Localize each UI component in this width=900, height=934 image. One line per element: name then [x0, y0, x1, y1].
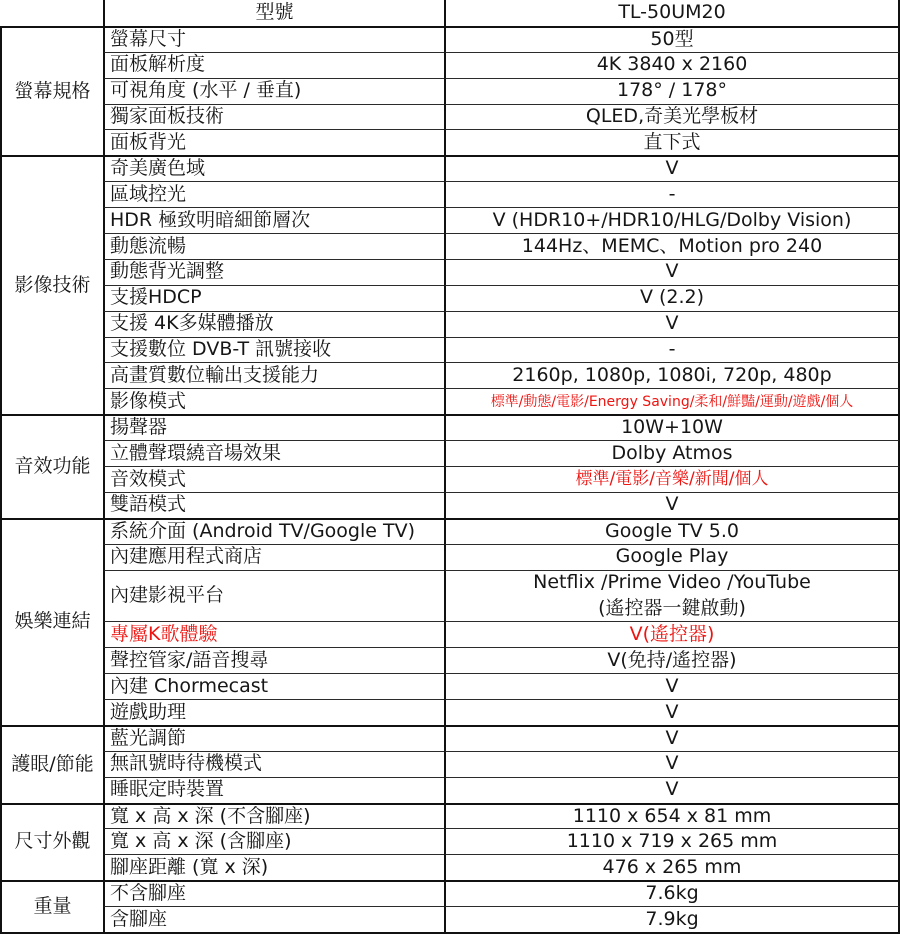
spec-label: 區域控光: [103, 181, 444, 207]
spec-label: 睡眠定時裝置: [103, 777, 444, 803]
spec-value: Dolby Atmos: [444, 440, 900, 466]
spec-label: 音效模式: [103, 466, 444, 492]
spec-label: 不含腳座: [103, 880, 444, 906]
spec-label: 雙語模式: [103, 492, 444, 518]
spec-label: 遊戲助理: [103, 699, 444, 725]
spec-value: 144Hz、MEMC、Motion pro 240: [444, 233, 900, 259]
spec-value: V(免持/遙控器): [444, 647, 900, 673]
spec-label: 系統介面 (Android TV/Google TV): [103, 518, 444, 544]
category-cell: 重量: [0, 880, 103, 932]
spec-value: 7.9kg: [444, 906, 900, 932]
spec-value: 4K 3840 x 2160: [444, 52, 900, 78]
spec-value: Netflix /Prime Video /YouTube(遙控器一鍵啟動): [444, 570, 900, 622]
spec-value: V: [444, 492, 900, 518]
spec-label: 支援數位 DVB-T 訊號接收: [103, 337, 444, 363]
spec-value: 1110 x 654 x 81 mm: [444, 803, 900, 829]
spec-value-line1: Netflix /Prime Video /YouTube: [533, 570, 811, 596]
spec-value: V: [444, 725, 900, 751]
category-cell: 影像技術: [0, 155, 103, 414]
spec-value: 標準/動態/電影/Energy Saving/柔和/鮮豔/運動/遊戲/個人: [444, 388, 900, 414]
spec-label: 無訊號時待機模式: [103, 751, 444, 777]
spec-value-line2: (遙控器一鍵啟動): [598, 596, 746, 621]
spec-label: 立體聲環繞音場效果: [103, 440, 444, 466]
spec-label: 內建 Chormecast: [103, 673, 444, 699]
spec-value: 2160p, 1080p, 1080i, 720p, 480p: [444, 362, 900, 388]
spec-value: V: [444, 699, 900, 725]
spec-label: 寬 x 高 x 深 (不含腳座): [103, 803, 444, 829]
spec-label: 支援 4K多媒體播放: [103, 311, 444, 337]
spec-label: 含腳座: [103, 906, 444, 932]
spec-label: 螢幕尺寸: [103, 26, 444, 52]
spec-label: 高畫質數位輸出支援能力: [103, 362, 444, 388]
spec-label: 可視角度 (水平 / 垂直): [103, 78, 444, 104]
spec-value: 直下式: [444, 129, 900, 155]
spec-label: 腳座距離 (寬 x 深): [103, 854, 444, 880]
header-model-label: 型號: [103, 0, 444, 26]
spec-value: 7.6kg: [444, 880, 900, 906]
spec-label: 藍光調節: [103, 725, 444, 751]
spec-label: 寬 x 高 x 深 (含腳座): [103, 828, 444, 854]
spec-value: 1110 x 719 x 265 mm: [444, 828, 900, 854]
spec-label: 面板解析度: [103, 52, 444, 78]
spec-value: V: [444, 751, 900, 777]
spec-label: HDR 極致明暗細節層次: [103, 207, 444, 233]
spec-label: 動態背光調整: [103, 259, 444, 285]
spec-value: 50型: [444, 26, 900, 52]
spec-label: 獨家面板技術: [103, 104, 444, 130]
spec-label: 支援HDCP: [103, 285, 444, 311]
spec-label: 影像模式: [103, 388, 444, 414]
spec-value: 178° / 178°: [444, 78, 900, 104]
spec-value: V(遙控器): [444, 621, 900, 647]
tv-spec-table: 型號 TL-50UM20 螢幕尺寸50型面板解析度4K 3840 x 2160可…: [0, 0, 900, 934]
spec-value: 標準/電影/音樂/新聞/個人: [444, 466, 900, 492]
category-cell: 娛樂連結: [0, 518, 103, 725]
spec-label: 奇美廣色域: [103, 155, 444, 181]
spec-value: V: [444, 777, 900, 803]
spec-value: 476 x 265 mm: [444, 854, 900, 880]
category-cell: 螢幕規格: [0, 26, 103, 155]
category-cell: 護眼/節能: [0, 725, 103, 803]
spec-label: 專屬K歌體驗: [103, 621, 444, 647]
category-cell: 音效功能: [0, 414, 103, 518]
spec-value: V (HDR10+/HDR10/HLG/Dolby Vision): [444, 207, 900, 233]
spec-value: V: [444, 311, 900, 337]
spec-value: QLED,奇美光學板材: [444, 104, 900, 130]
spec-value: V: [444, 259, 900, 285]
spec-value: -: [444, 337, 900, 363]
spec-value: -: [444, 181, 900, 207]
spec-label: 內建影視平台: [103, 570, 444, 622]
spec-value: Google Play: [444, 544, 900, 570]
spec-label: 內建應用程式商店: [103, 544, 444, 570]
spec-value: Google TV 5.0: [444, 518, 900, 544]
category-cell: 尺寸外觀: [0, 803, 103, 881]
header-model-number: TL-50UM20: [444, 0, 900, 26]
spec-value: V: [444, 673, 900, 699]
spec-label: 聲控管家/語音搜尋: [103, 647, 444, 673]
spec-value: V: [444, 155, 900, 181]
spec-label: 揚聲器: [103, 414, 444, 440]
spec-label: 動態流暢: [103, 233, 444, 259]
header-empty-cell: [0, 0, 103, 26]
spec-label: 面板背光: [103, 129, 444, 155]
spec-value: 10W+10W: [444, 414, 900, 440]
spec-value: V (2.2): [444, 285, 900, 311]
